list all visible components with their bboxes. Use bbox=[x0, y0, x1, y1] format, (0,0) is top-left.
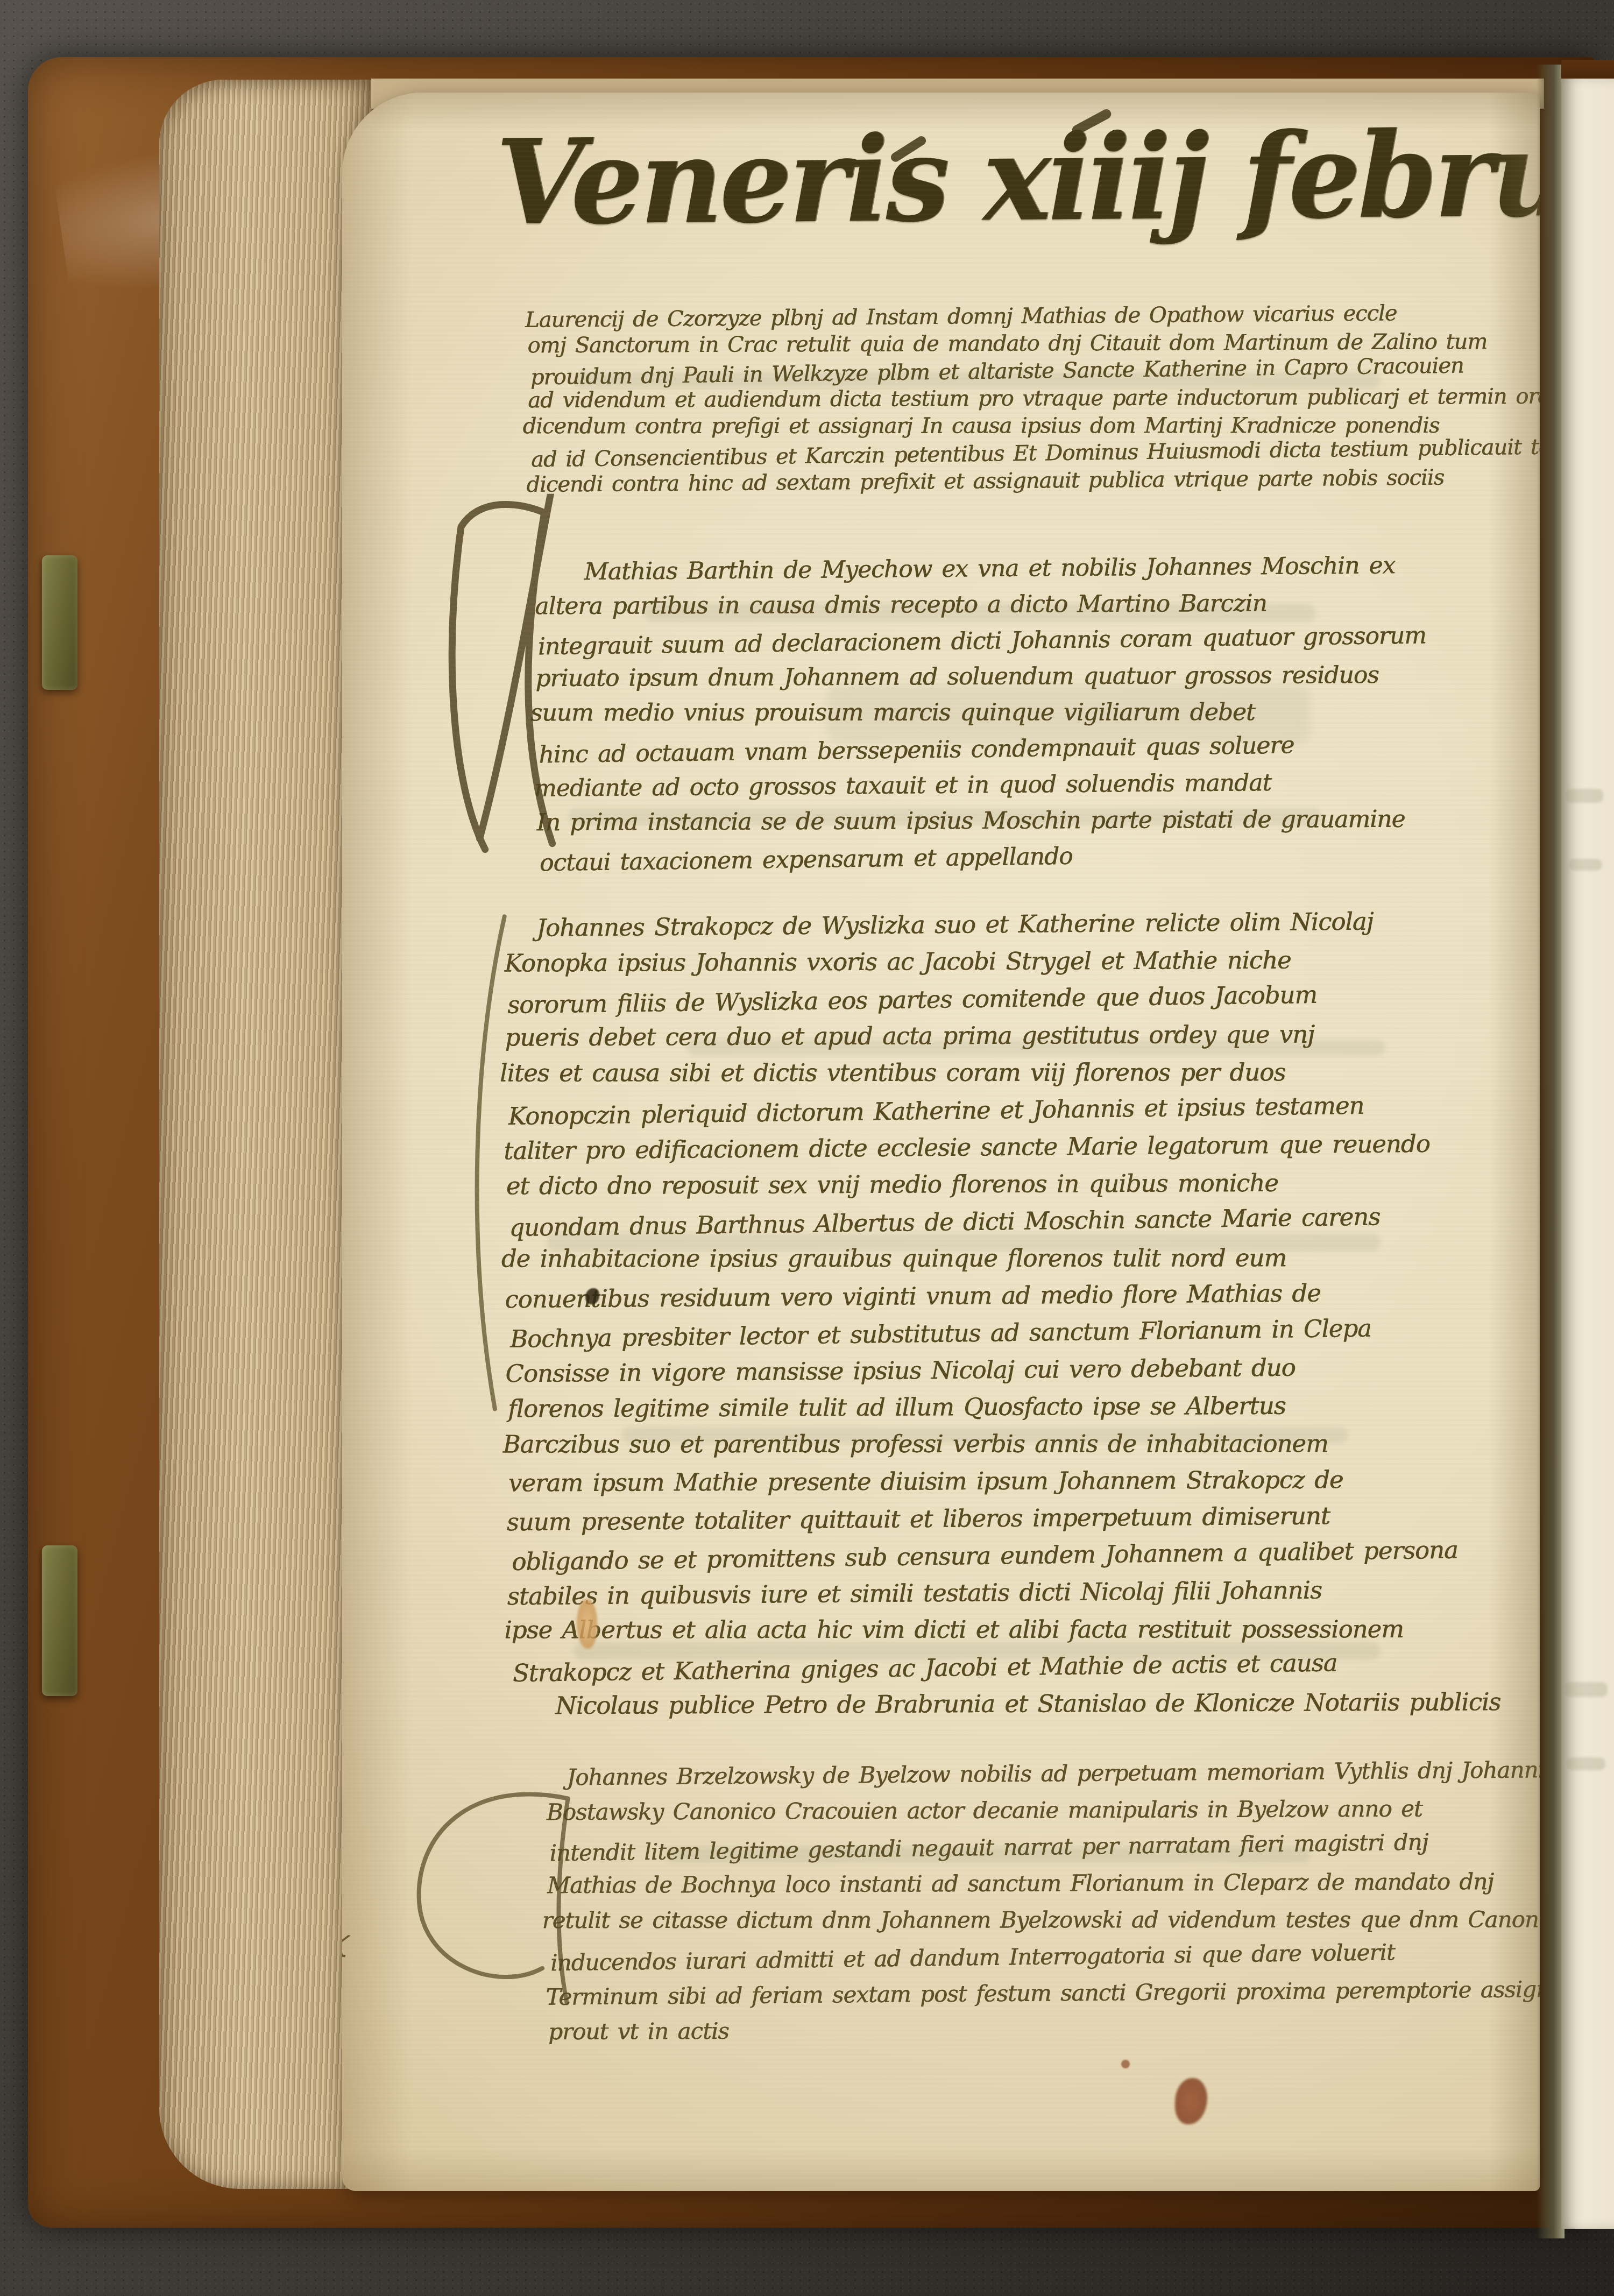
manuscript-line: prout vt in actis bbox=[548, 2010, 1540, 2051]
rust-colored-speck bbox=[1121, 2060, 1130, 2068]
entry-paragraph-1: Laurencij de Czorzyze plbnj ad Instam do… bbox=[525, 299, 1540, 499]
manuscript-page: Veneris xiiij februar Laurencij de Czorz… bbox=[342, 93, 1540, 2191]
manuscript-line: priuato ipsum dnum Johannem ad soluendum… bbox=[535, 656, 1540, 697]
manuscript-line: retulit se citasse dictum dnm Johannem B… bbox=[542, 1902, 1540, 1939]
manuscript-line: ad videndum et audiendum dicta testium p… bbox=[528, 383, 1540, 415]
manuscript-line: Mathias de Bochnya loco instanti ad sanc… bbox=[547, 1863, 1540, 1904]
entry-paragraph-3: Johannes Strakopcz de Wyslizka suo et Ka… bbox=[502, 901, 1540, 1726]
facing-page-ink-mark bbox=[1567, 1757, 1605, 1770]
manuscript-line: lites et causa sibi et dictis vtentibus … bbox=[500, 1054, 1540, 1092]
manuscript-line: Mathias Barthin de Myechow ex vna et nob… bbox=[532, 546, 1540, 590]
manuscript-line: pueris debet cera duo et apud acta prima… bbox=[505, 1015, 1540, 1056]
gutter-fold-shadow bbox=[1537, 65, 1565, 2238]
manuscript-line: florenos legitime simile tulit ad illum … bbox=[508, 1386, 1540, 1428]
photographed-manuscript-scene: Veneris xiiij februar Laurencij de Czorz… bbox=[0, 0, 1614, 2296]
page-heading-date: Veneris xiiij februar bbox=[495, 116, 1530, 241]
manuscript-line: Nicolaus publice Petro de Brabrunia et S… bbox=[510, 1683, 1540, 1725]
entry-paragraph-4: Johannes Brzelzowsky de Byelzow nobilis … bbox=[544, 1751, 1540, 2052]
margin-check-mark: x bbox=[342, 1914, 354, 1968]
facing-page-sliver bbox=[1561, 79, 1614, 2229]
ink-text-layer: Veneris xiiij februar Laurencij de Czorz… bbox=[342, 93, 1540, 2191]
manuscript-line: Johannes Strakopcz de Wyslizka suo et Ka… bbox=[502, 901, 1540, 946]
clasp-remnant-lower bbox=[42, 1545, 77, 1696]
manuscript-line: Barczibus suo et parentibus professi ver… bbox=[502, 1425, 1540, 1463]
manuscript-line: suum medio vnius prouisum marcis quinque… bbox=[530, 694, 1540, 731]
clasp-remnant-upper bbox=[42, 555, 77, 690]
wax-drip-stain bbox=[577, 1599, 597, 1649]
manuscript-line: ipse Albertus et alia acta hic vim dicti… bbox=[504, 1610, 1540, 1649]
facing-page-ink-mark bbox=[1565, 1682, 1608, 1697]
entry-paragraph-2: Mathias Barthin de Myechow ex vna et nob… bbox=[532, 546, 1540, 879]
facing-page-ink-mark bbox=[1566, 789, 1603, 803]
manuscript-line: de inhabitacione ipsius grauibus quinque… bbox=[501, 1239, 1540, 1277]
facing-page-ink-mark bbox=[1569, 859, 1602, 871]
manuscript-line: Johannes Brzelzowsky de Byelzow nobilis … bbox=[544, 1751, 1540, 1796]
manuscript-line: veram ipsum Mathie presente diuisim ipsu… bbox=[508, 1460, 1540, 1502]
